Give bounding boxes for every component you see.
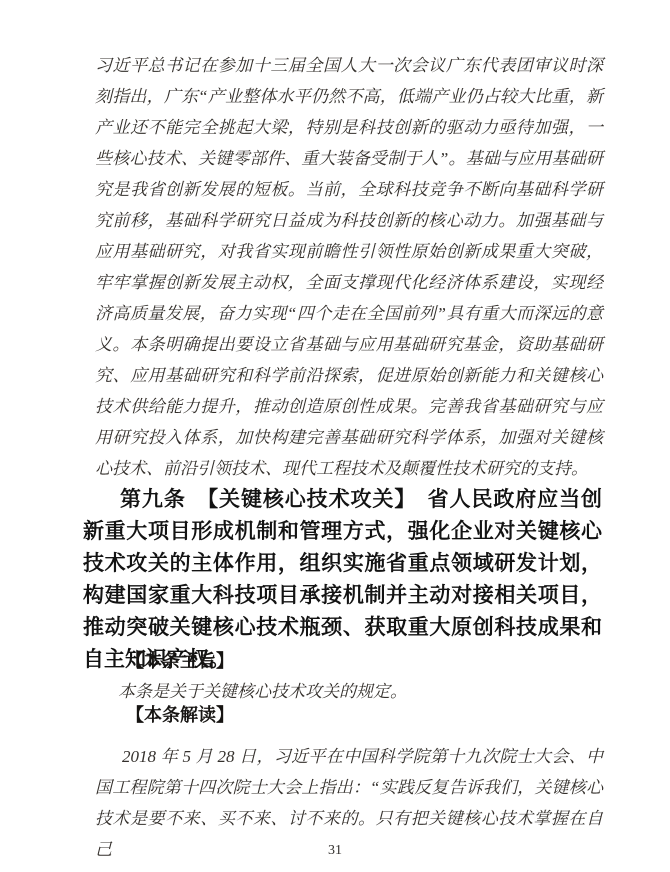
body-paragraph-basic-research-commentary: 习近平总书记在参加十三届全国人大一次会议广东代表团审议时深刻指出，广东“产业整体… xyxy=(95,50,603,484)
article-9-key-core-technology-clause: 第九条 【关键核心技术攻关】 省人民政府应当创新重大项目形成机制和管理方式，强化… xyxy=(83,484,602,676)
section-header-article-interpretation: 【本条解读】 xyxy=(95,703,234,727)
section-header-article-gist: 【本条主旨】 xyxy=(95,649,234,673)
document-page: 习近平总书记在参加十三届全国人大一次会议广东代表团审议时深刻指出，广东“产业整体… xyxy=(0,0,670,872)
page-number: 31 xyxy=(0,843,670,859)
